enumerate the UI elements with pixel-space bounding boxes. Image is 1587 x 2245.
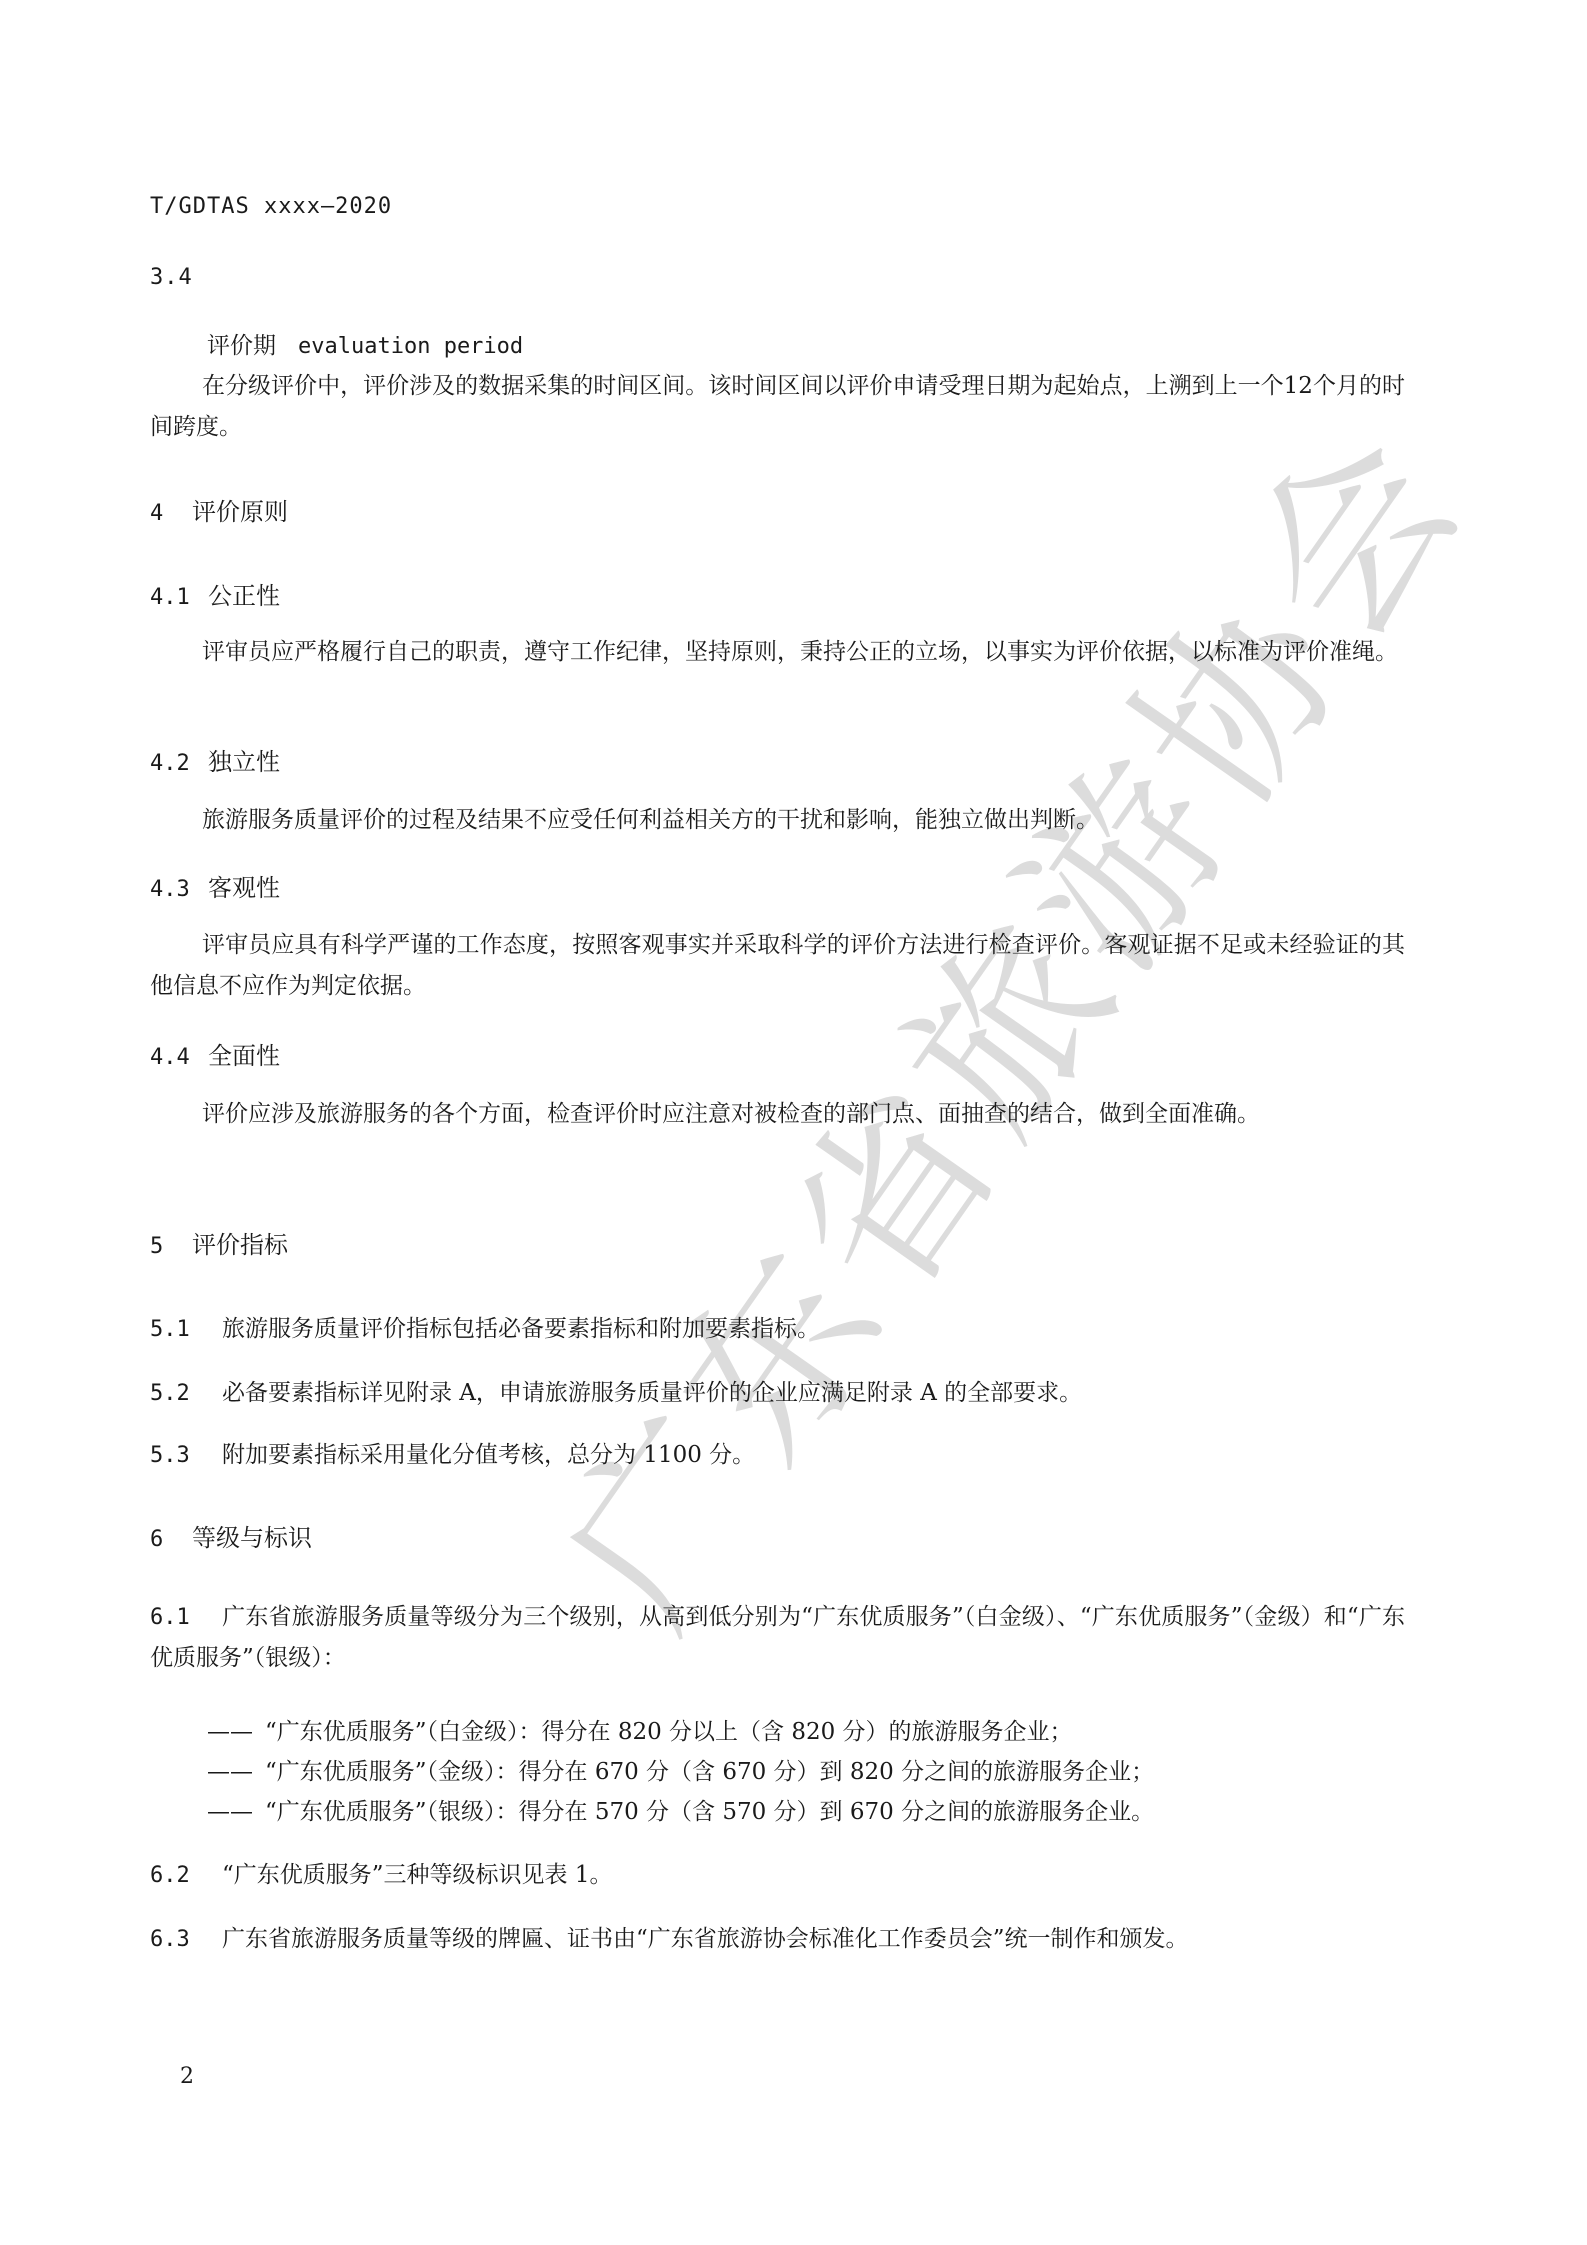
clause-heading-4-1: 4.1公正性: [150, 576, 280, 611]
section-title: 评价指标: [192, 1231, 288, 1259]
clause-6-2: 6.2“广东优质服务”三种等级标识见表 1。: [150, 1856, 612, 1889]
clause-text-4-1: 评审员应严格履行自己的职责，遵守工作纪律，坚持原则，秉持公正的立场，以事实为评价…: [150, 632, 1405, 673]
clause-text-4-4: 评价应涉及旅游服务的各个方面，检查评价时应注意对被检查的部门点、面抽查的结合，做…: [150, 1094, 1405, 1135]
document-page: 广东省旅游协会 T/GDTAS xxxx—2020 3.4 评价期evaluat…: [0, 0, 1587, 2245]
section-number: 4: [150, 501, 192, 526]
clause-text: 旅游服务质量评价指标包括必备要素指标和附加要素指标。: [222, 1316, 820, 1342]
term-english: evaluation period: [298, 334, 523, 359]
clause-number: 5.3: [150, 1443, 222, 1468]
clause-text-4-3: 评审员应具有科学严谨的工作态度，按照客观事实并采取科学的评价方法进行检查评价。客…: [150, 925, 1405, 1007]
clause-text: 广东省旅游服务质量等级分为三个级别，从高到低分别为“广东优质服务”（白金级）、“…: [150, 1604, 1405, 1671]
grade-text: “广东优质服务”（银级）：得分在 570 分（含 570 分）到 670 分之间…: [265, 1799, 1154, 1825]
section-number: 6: [150, 1527, 192, 1552]
watermark: 广东省旅游协会: [487, 365, 1514, 1668]
clause-text: “广东优质服务”三种等级标识见表 1。: [222, 1862, 612, 1888]
clause-6-3: 6.3广东省旅游服务质量等级的牌匾、证书由“广东省旅游协会标准化工作委员会”统一…: [150, 1920, 1189, 1953]
clause-number: 4.4: [150, 1045, 208, 1070]
clause-heading-4-2: 4.2独立性: [150, 742, 280, 777]
clause-5-3: 5.3附加要素指标采用量化分值考核，总分为 1100 分。: [150, 1436, 755, 1469]
document-code: T/GDTAS xxxx—2020: [150, 194, 392, 219]
clause-5-1: 5.1旅游服务质量评价指标包括必备要素指标和附加要素指标。: [150, 1310, 820, 1343]
grade-text: “广东优质服务”（白金级）：得分在 820 分以上（含 820 分）的旅游服务企…: [265, 1719, 1073, 1745]
clause-text: 广东省旅游服务质量等级的牌匾、证书由“广东省旅游协会标准化工作委员会”统一制作和…: [222, 1926, 1189, 1952]
clause-text-4-2: 旅游服务质量评价的过程及结果不应受任何利益相关方的干扰和影响，能独立做出判断。: [150, 800, 1405, 841]
clause-title: 客观性: [208, 874, 280, 902]
clause-number: 4.2: [150, 751, 208, 776]
grade-item-gold: ——“广东优质服务”（金级）：得分在 670 分（含 670 分）到 820 分…: [207, 1753, 1154, 1786]
term-definition: 在分级评价中，评价涉及的数据采集的时间区间。该时间区间以评价申请受理日期为起始点…: [150, 366, 1405, 448]
grade-text: “广东优质服务”（金级）：得分在 670 分（含 670 分）到 820 分之间…: [265, 1759, 1154, 1785]
clause-title: 公正性: [208, 582, 280, 610]
section-title: 等级与标识: [192, 1524, 312, 1552]
clause-text: 必备要素指标详见附录 A，申请旅游服务质量评价的企业应满足附录 A 的全部要求。: [222, 1380, 1082, 1406]
clause-title: 全面性: [208, 1042, 280, 1070]
section-heading-6: 6等级与标识: [150, 1518, 312, 1553]
section-heading-4: 4评价原则: [150, 492, 288, 527]
dash-marker: ——: [207, 1799, 265, 1825]
clause-number: 6.2: [150, 1863, 222, 1888]
term-number: 3.4: [150, 265, 193, 290]
page-number: 2: [180, 2064, 194, 2089]
dash-marker: ——: [207, 1759, 265, 1785]
clause-number: 6.1: [150, 1597, 222, 1638]
clause-number: 4.3: [150, 877, 208, 902]
clause-number: 5.1: [150, 1317, 222, 1342]
section-heading-5: 5评价指标: [150, 1225, 288, 1260]
clause-heading-4-3: 4.3客观性: [150, 868, 280, 903]
dash-marker: ——: [207, 1719, 265, 1745]
term-chinese: 评价期: [207, 333, 276, 359]
section-number: 5: [150, 1234, 192, 1259]
clause-number: 5.2: [150, 1381, 222, 1406]
grade-item-silver: ——“广东优质服务”（银级）：得分在 570 分（含 570 分）到 670 分…: [207, 1793, 1154, 1826]
clause-5-2: 5.2必备要素指标详见附录 A，申请旅游服务质量评价的企业应满足附录 A 的全部…: [150, 1374, 1082, 1407]
clause-heading-4-4: 4.4全面性: [150, 1036, 280, 1071]
section-title: 评价原则: [192, 498, 288, 526]
clause-title: 独立性: [208, 748, 280, 776]
term-heading: 评价期evaluation period: [207, 327, 523, 360]
clause-6-1: 6.1广东省旅游服务质量等级分为三个级别，从高到低分别为“广东优质服务”（白金级…: [150, 1597, 1405, 1679]
clause-text: 附加要素指标采用量化分值考核，总分为 1100 分。: [222, 1442, 755, 1468]
clause-number: 4.1: [150, 585, 208, 610]
grade-item-platinum: ——“广东优质服务”（白金级）：得分在 820 分以上（含 820 分）的旅游服…: [207, 1713, 1073, 1746]
clause-number: 6.3: [150, 1927, 222, 1952]
